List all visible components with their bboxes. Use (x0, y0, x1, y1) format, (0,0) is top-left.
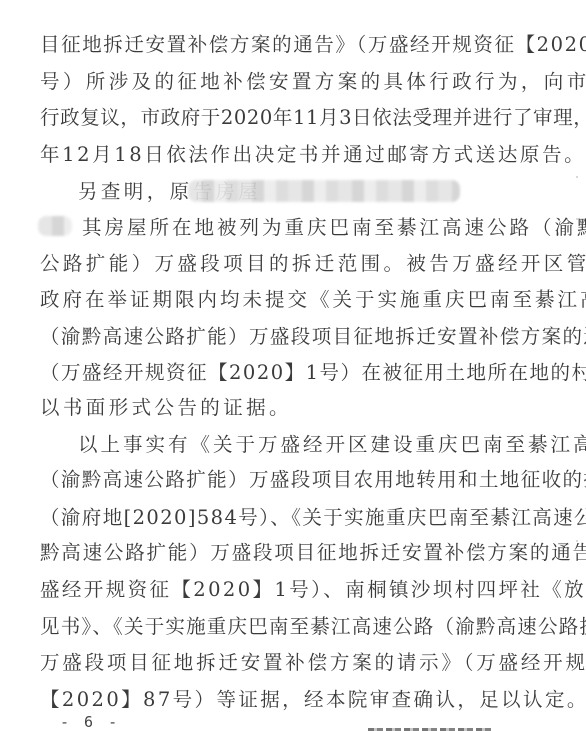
scan-speck (576, 176, 578, 178)
text-line: 公路扩能）万盛段项目的拆迁范围。被告万盛经开区管委会和市 (40, 252, 516, 276)
text-line: （渝府地[2020]584号）、《关于实施重庆巴南至綦江高速公路（渝 (40, 506, 516, 530)
text-line: （万盛经开规资征【2020】1号）在被征用土地所在地的村、组内 (40, 361, 516, 385)
text-line: 以上事实有《关于万盛经开区建设重庆巴南至綦江高速公路 (78, 433, 516, 457)
text-line: （渝黔高速公路扩能）万盛段项目农用地转用和土地征收的批复》 (40, 468, 516, 492)
text-line: 黔高速公路扩能）万盛段项目征地拆迁安置补偿方案的通告》（万 (40, 541, 516, 565)
document-page: 目征地拆迁安置补偿方案的通告》（万盛经开规资征【2020】1 号）所涉及的征地补… (0, 0, 586, 731)
scan-speck (576, 582, 578, 584)
text-line: 以书面形式公告的证据。 (40, 396, 516, 420)
text-line: 行政复议，市政府于2020年11月3日依法受理并进行了审理，2020 (40, 106, 516, 130)
text-line: 其房屋所在地被列为重庆巴南至綦江高速公路（渝黔高速 (82, 216, 516, 240)
text-line: 盛经开规资征【2020】1号）、南桐镇沙坝村四坪社《放弃听证意 (40, 578, 516, 602)
text-line: 政府在举证期限内均未提交《关于实施重庆巴南至綦江高速公路 (40, 288, 516, 312)
text-line: 万盛段项目征地拆迁安置补偿方案的请示》（万盛经开规资文 (40, 651, 516, 675)
text-line: 见书》、《关于实施重庆巴南至綦江高速公路（渝黔高速公路扩能） (40, 615, 516, 639)
redaction-blur (188, 180, 460, 202)
scan-speck (576, 218, 578, 220)
page-number: - 6 - (60, 713, 120, 731)
text-line: （渝黔高速公路扩能）万盛段项目征地拆迁安置补偿方案的通告》 (40, 325, 516, 349)
scan-speck (576, 540, 578, 542)
text-line: 年12月18日依法作出决定书并通过邮寄方式送达原告。 (40, 143, 516, 167)
redaction-blur (38, 216, 72, 236)
text-line: 目征地拆迁安置补偿方案的通告》（万盛经开规资征【2020】1 (40, 33, 516, 57)
text-line: 【2020】87号）等证据，经本院审查确认，足以认定。 (40, 688, 516, 712)
text-line: 号）所涉及的征地补偿安置方案的具体行政行为，向市政府申请 (40, 70, 516, 94)
